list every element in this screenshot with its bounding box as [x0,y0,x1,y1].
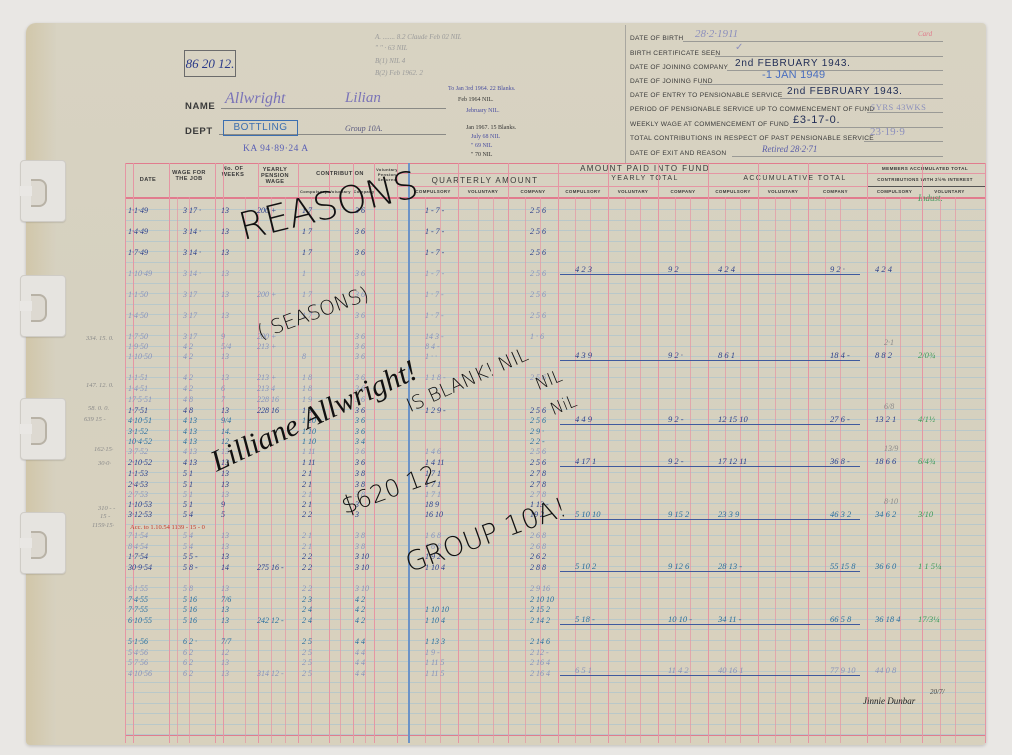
ledger-cell-date: 1·10·49 [128,269,152,278]
ruled-line [125,587,985,588]
ruled-line [125,577,985,578]
subhead-rule-1 [397,173,985,174]
ledger-cell-co: 3 10 [355,584,369,593]
margin-note-2: 147. 12. 0. [86,382,114,389]
top-note-1: A. ....... 8.2 Claude Feb 02 NIL [375,33,462,41]
ruled-line [125,556,985,557]
ledger-cell-date: 3·12·53 [128,510,152,519]
ledger-cell-ypw: 228 16 [257,406,279,415]
total-cell-aco: 55 15 8 [830,561,856,571]
total-cell-ac: 12 15 10 [718,414,748,424]
column-subrule [177,197,178,743]
ruled-line [125,608,985,609]
column-subrule [590,197,591,743]
header-m-compulsory: COMPULSORY [867,189,922,194]
binder-tab-1 [20,160,66,222]
ledger-cell-comp: 2 1 [302,480,312,489]
margin-note-7: 310 - - [98,505,115,512]
ledger-cell-co: 3 6 [355,332,365,341]
total-underline [560,519,860,520]
column-subrule [900,197,901,743]
ledger-cell-wage: 3 14 · [183,227,201,236]
column-subrule [775,197,776,743]
mid-note-6: " 69 NIL [471,143,492,149]
ledger-cell-co: 4 2 [355,616,365,625]
ledger-cell-comp: 2 5 [302,648,312,657]
column-subrule [690,197,691,743]
ledger-cell-comp: 1 [302,269,306,278]
ruled-line [125,671,985,672]
ledger-cell-weeks: 13 [221,605,229,614]
ledger-cell-wage: 5 5 - [183,552,198,561]
ledger-cell-q_comp: 1 · · [425,352,437,361]
paper-edge [26,23,56,745]
ledger-cell-q_co: 2 5 6 [530,227,546,236]
ruled-line [125,692,985,693]
ledger-cell-weeks: 13 [221,552,229,561]
header-a-voluntary: VOLUNTARY [758,189,808,194]
ledger-cell-weeks: 13 [221,206,229,215]
ruled-line [125,472,985,473]
ledger-cell-date: 1·1·49 [128,206,148,215]
ledger-cell-wage: 4 2 [183,342,193,351]
ledger-cell-q_comp: 1 9 - [425,648,440,657]
detail-label-total-contributions: TOTAL CONTRIBUTIONS IN RESPECT OF PAST P… [630,135,874,142]
ledger-cell-wage: 5 1 [183,490,193,499]
ledger-cell-co: 4 2 [355,605,365,614]
header-members-interest: CONTRIBUTIONS WITH 2½% INTEREST [870,177,980,182]
ledger-cell-weeks: 13 [221,311,229,320]
column-subrule [725,197,726,743]
ledger-cell-q_co: 2 9 · [530,427,544,436]
ledger-cell-wage: 5 16 [183,616,197,625]
ledger-cell-co: 3 8 [355,469,365,478]
ledger-cell-comp: 2 5 [302,669,312,678]
ledger-cell-q_co: 2 10 10 [530,595,554,604]
ruled-line [125,304,985,305]
total-cell-mv: 1 1 5¼ [918,561,941,571]
total-cell-aco: 36 8 - [830,456,850,466]
ledger-cell-weeks: 9 [221,500,225,509]
detail-line [715,56,943,57]
ledger-cell-wage: 4 13 [183,437,197,446]
total-cell-ycomp: 9 2 · [668,350,683,360]
ledger-cell-q_comp: 1 10 10 [425,605,449,614]
ledger-cell-comp: 2 2 [302,584,312,593]
detail-line [790,127,943,128]
column-rule [458,163,459,743]
total-underline [560,360,860,361]
ledger-cell-co: 4 4 [355,637,365,646]
mid-note-7: " 70 NIL [471,152,492,158]
total-underline [560,274,860,275]
detail-value-joining-fund: -1 JAN 1949 [762,69,825,81]
header-q-company: COMPANY [508,189,558,194]
ruled-line [125,314,985,315]
ledger-cell-date: 1·7·49 [128,248,148,257]
ledger-cell-weeks: 13 [221,531,229,540]
header-wage: WAGE FOR THE JOB [170,170,208,182]
margin-note-1: 334. 15. 0. [86,335,114,342]
detail-label-pensionable-entry: DATE OF ENTRY TO PENSIONABLE SERVICE [630,92,783,99]
footer-rule [125,735,985,736]
total-cell-yc: 5 10 10 [575,509,601,519]
ledger-cell-comp: 2 1 [302,542,312,551]
header-bottom-rule [125,197,985,199]
ruled-line [125,661,985,662]
ledger-cell-date: 1·1·50 [128,290,148,299]
ledger-cell-co: 3 4 [355,437,365,446]
column-rule [558,163,559,743]
ruled-line [125,640,985,641]
ledger-cell-weeks: 6 [221,384,225,393]
ledger-cell-comp: 2 2 [302,552,312,561]
column-subrule [493,197,494,743]
total-cell-ac: 28 13 - [718,561,742,571]
column-subrule [525,197,526,743]
ledger-cell-date: 1·7·51 [128,406,148,415]
ledger-cell-q_co: 2 16 4 [530,658,550,667]
header-quarterly: QUARTERLY AMOUNT [410,176,560,185]
ledger-cell-co: 3 10 [355,552,369,561]
ledger-cell-wage: 3 14 · [183,248,201,257]
ledger-cell-q_co: 2 7 8 [530,480,546,489]
ruled-line [125,629,985,630]
ledger-cell-weeks: 13 [221,584,229,593]
total-cell-yc: 5 18 - [575,614,595,624]
mid-note-2: Feb 1964 NIL. [458,97,494,103]
ledger-cell-weeks: 13 [221,490,229,499]
ledger-cell-co: 3 10 [355,563,369,572]
total-cell-ycomp: 9 2 [668,264,679,274]
total-cell-mc: 34 6 2 [875,509,896,519]
ledger-cell-date: 1·9·50 [128,342,148,351]
ledger-cell-co: 3 6 [355,352,365,361]
ledger-cell-co: 3 6 [355,447,365,456]
ledger-cell-ypw: 275 16 - [257,563,284,572]
column-subrule [885,197,886,743]
total-cell-aco: 18 4 - [830,350,850,360]
ledger-cell-q_comp: 1 · 7 - [425,290,444,299]
header-q-voluntary: VOLUNTARY [458,189,508,194]
margin-note-3: 58. 0. 0. [88,405,109,412]
ledger-cell-q_co: 2 5 6 [530,290,546,299]
total-cell-ac: 40 16 1 [718,665,744,675]
ruled-line [125,335,985,336]
ledger-cell-q_co: 2 12 - [530,648,549,657]
ledger-cell-date: 1·4·51 [128,384,148,393]
column-rule [169,163,170,743]
ledger-cell-wage: 3 17 · [183,206,201,215]
ledger-cell-co: 4 4 [355,669,365,678]
ledger-cell-weeks: 13 [221,269,229,278]
ledger-cell-date: 6·1·55 [128,584,148,593]
ledger-cell-q_co: 2 14 2 [530,616,550,625]
ledger-cell-comp: 2 3 [302,595,312,604]
ledger-cell-date: 3·7·52 [128,447,148,456]
ledger-cell-wage: 5 1 [183,480,193,489]
ledger-cell-comp: 1 8 [302,373,312,382]
column-rule [298,163,299,743]
total-cell-ac: 23 3 9 [718,509,739,519]
ledger-cell-date: 1·1·53 [128,469,148,478]
ledger-cell-q_comp: 1 4 6 [425,447,441,456]
ledger-cell-date: 1·1·51 [128,373,148,382]
ledger-cell-weeks: 12 [221,648,229,657]
column-rule [985,163,986,743]
ledger-cell-comp: 2 4 [302,616,312,625]
total-cell-yc: 4 17 1 [575,456,596,466]
margin-note-5: 162·15· [94,446,114,453]
header-y-compulsory: COMPULSORY [558,189,608,194]
ledger-cell-date: 3·1·52 [128,427,148,436]
mid-note-5: July 68 NIL [471,134,500,140]
detail-value-weekly-wage: £3-17-0. [793,114,840,126]
ruled-line [125,682,985,683]
total-cell-mc: 4 2 4 [875,264,892,274]
ledger-cell-q_comp: 1 · 7 - [425,311,444,320]
ledger-cell-weeks: 9/4 [221,416,231,425]
header-y-company: COMPANY [658,189,708,194]
total-cell-ac: 17 12 11 [718,456,747,466]
ledger-cell-q_comp: 1 - 7 - [425,269,444,278]
ledger-cell-date: 5·4·56 [128,648,148,657]
ledger-cell-weeks: 13 [221,373,229,382]
header-a-compulsory: COMPULSORY [708,189,758,194]
header-accumulative: ACCUMULATIVE TOTAL [735,175,855,182]
ledger-cell-comp: 8 [302,352,306,361]
total-cell-ycomp: 9 15 2 [668,509,689,519]
column-subrule [625,197,626,743]
ledger-cell-wage: 4 13 [183,458,197,467]
ledger-cell-comp: 1 11 [302,458,315,467]
detail-value-joining-company: 2nd FEBRUARY 1943. [735,58,851,69]
corner-mark: Card [918,30,932,38]
ledger-cell-q_comp: 14 3 - [425,332,444,341]
ledger-cell-ypw: 228 16 [257,395,279,404]
column-subrule [271,197,272,743]
ledger-cell-q_co: 2 5 6 [530,248,546,257]
ledger-cell-date: 10·4·52 [128,437,152,446]
ledger-cell-q_co: 2 5 6 [530,269,546,278]
ledger-cell-q_comp: 1 13 3 [425,637,445,646]
ledger-cell-co: 3 8 [355,542,365,551]
ledger-cell-date: 17·5·51 [128,395,152,404]
column-subrule [365,197,366,743]
ledger-cell-q_comp: 1 11 5 [425,669,444,678]
column-subrule [675,197,676,743]
total-cell-mv: 6/4¾ [918,456,935,466]
ledger-cell-wage: 4 8 [183,406,193,415]
ledger-cell-wage: 4 13 [183,427,197,436]
ledger-cell-wage: 5 4 [183,542,193,551]
ledger-cell-weeks: 7/7 [221,637,231,646]
ledger-cell-wage: 3 17 [183,332,197,341]
column-subrule [940,197,941,743]
dept-stamp: BOTTLING [223,120,298,136]
total-cell-mc: 36 6 0 [875,561,896,571]
column-rule [374,163,375,743]
detail-value-certificate: ✓ [735,42,743,53]
binder-tab-4 [20,512,66,574]
ledger-cell-ypw: 213 4 [257,384,275,393]
ledger-cell-weeks: 13 [221,616,229,625]
ledger-cell-wage: 5 1 [183,500,193,509]
ledger-cell-co: 3 6 [355,427,365,436]
total-underline [560,675,860,676]
ledger-cell-weeks: 13 [221,352,229,361]
ledger-cell-wage: 5 8 - [183,563,198,572]
ledger-cell-date: 1·4·50 [128,311,148,320]
members-subrule [867,186,985,187]
ledger-cell-wage: 3 17 [183,311,197,320]
column-rule [608,163,609,743]
ledger-cell-co: 3 6 [355,342,365,351]
ledger-cell-co: 3 6 [355,311,365,320]
margin-note-8: 15 - [100,513,110,520]
signature: Jinnie Dunbar [863,696,915,706]
ledger-cell-date: 1·7·54 [128,552,148,561]
column-rule [808,163,809,743]
ledger-cell-wage: 4 2 [183,373,193,382]
total-cell-aco: 46 3 2 [830,509,851,519]
header-pension-wage: YEARLY PENSION WAGE [255,167,295,185]
ruled-line [125,346,985,347]
ledger-cell-weeks: 13 [221,542,229,551]
ledger-cell-comp: 2 1 [302,490,312,499]
total-underline [560,424,860,425]
detail-label-certificate: BIRTH CERTIFICATE SEEN [630,50,721,57]
ledger-cell-ypw: 213 + [257,373,276,382]
ledger-cell-comp: 2 5 [302,658,312,667]
ledger-cell-weeks: 5/4 [221,342,231,351]
ledger-cell-q_comp: 8 4 - [425,342,440,351]
margin-note-9: 1159·15· [92,522,114,529]
ledger-cell-date: 7·4·55 [128,595,148,604]
ledger-cell-wage: 5 1 [183,469,193,478]
ledger-cell-comp: 1 11 [302,447,315,456]
forename: Lilian [345,90,381,107]
ledger-cell-weeks: 13 [221,290,229,299]
ledger-cell-date: 1·7·50 [128,332,148,341]
ledger-cell-q_co: 2 16 4 [530,669,550,678]
binder-tab-3 [20,398,66,460]
total-cell-mv: 3/10 [918,509,933,519]
detail-label-period: PERIOD OF PENSIONABLE SERVICE UP TO COMM… [630,106,874,113]
ledger-cell-q_comp: 1 10 4 [425,616,445,625]
ledger-cell-wage: 4 13 [183,447,197,456]
detail-line [727,70,943,71]
total-above-note: 6/8 [884,402,894,411]
total-cell-mv: 17/3¼ [918,614,940,624]
ledger-cell-q_comp: 16 10 [425,510,443,519]
ledger-cell-date: 1·10·50 [128,352,152,361]
total-cell-ycomp: 10 10 - [668,614,692,624]
mid-note-3: Jebruary NIL. [466,108,500,114]
ledger-cell-comp: 2 1 [302,531,312,540]
ledger-cell-q_co: 1 · 6 [530,332,544,341]
ledger-cell-q_co: 2 8 8 [530,563,546,572]
ledger-cell-wage: 4 13 [183,416,197,425]
ledger-cell-co: 3 6 [355,416,365,425]
ledger-cell-comp: 1 7 [302,290,312,299]
ledger-cell-q_co: 2 5 6 [530,206,546,215]
detail-line [700,84,943,85]
ledger-cell-q_co: 2 9 16 [530,584,550,593]
ledger-cell-weeks: 9 [221,332,225,341]
header-a-company: COMPANY [808,189,863,194]
detail-line [683,41,943,42]
ledger-cell-ypw: 200 + [257,290,276,299]
ledger-cell-q_co: 2 5 6 [530,311,546,320]
ledger-cell-comp: 2 1 [302,500,312,509]
detail-line [864,141,943,142]
ledger-cell-weeks: 13 [221,248,229,257]
ledger-cell-date: 2·4·53 [128,480,148,489]
ledger-cell-q_co: 2 6 2 [530,552,546,561]
ledger-cell-q_co: 2 5 6 [530,447,546,456]
ruled-line [125,566,985,567]
ledger-cell-wage: 3 14 · [183,269,201,278]
accumulated-note: Acc. to 1.10.54 1139 - 15 - 0 [130,524,205,531]
column-subrule [740,197,741,743]
column-rule [867,163,868,743]
dept-label: DEPT [185,126,213,137]
detail-line [732,156,943,157]
total-cell-aco: 27 6 - [830,414,850,424]
total-cell-yc: 4 2 3 [575,264,592,274]
ruled-line [125,598,985,599]
detail-label-birth: DATE OF BIRTH [630,35,683,42]
column-rule [408,163,410,743]
total-cell-aco: 77 9 10 [830,665,856,675]
ledger-cell-date: 5·1·56 [128,637,148,646]
column-rule [397,163,398,743]
ledger-cell-date: 8·4·54 [128,542,148,551]
ledger-cell-comp: 2 2 [302,510,312,519]
total-cell-mv: 4/1½ [918,414,935,424]
total-underline [560,571,860,572]
column-subrule [575,197,576,743]
ruled-line [125,703,985,704]
detail-value-pensionable-entry: 2nd FEBRUARY 1943. [787,86,903,97]
total-cell-yc: 4 4 9 [575,414,592,424]
ledger-cell-co: 3 8 [355,531,365,540]
ledger-cell-comp: 1 8 [302,384,312,393]
ledger-cell-q_comp: 1 11 5 [425,658,444,667]
detail-line [867,112,943,113]
column-subrule [955,197,956,743]
ruled-line [125,251,985,252]
ledger-cell-q_co: 2 15 2 [530,605,550,614]
ruled-line [125,535,985,536]
ledger-cell-q_comp: 1 7 1 [425,490,441,499]
total-cell-ycomp: 11 4 2 [668,665,689,675]
ruled-line [125,545,985,546]
ledger-cell-date: 4·10·51 [128,416,152,425]
total-underline [560,466,860,467]
column-rule [658,163,659,743]
ledger-cell-ypw: 242 12 - [257,616,284,625]
margin-note-4: 639 15 - [84,416,106,423]
ledger-cell-wage: 5 16 [183,605,197,614]
ledger-cell-weeks: 7/6 [221,595,231,604]
ledger-cell-date: 6·10·55 [128,616,152,625]
detail-label-joining-company: DATE OF JOINING COMPANY [630,64,728,71]
ruled-line [125,272,985,273]
ledger-cell-q_co: 2 14 6 [530,637,550,646]
total-cell-mc: 44 0 8 [875,665,896,675]
